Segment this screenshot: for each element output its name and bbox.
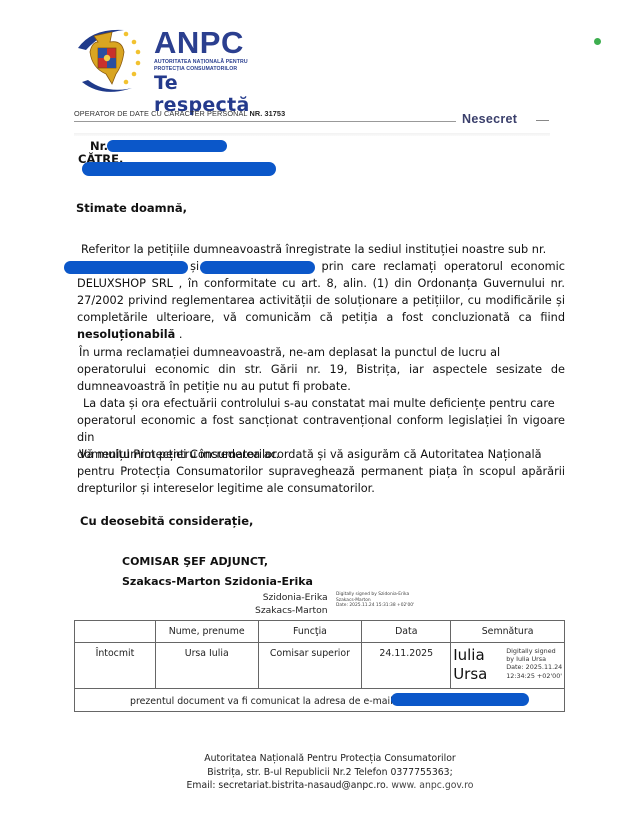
text-line: Date: 2025.11.24 15:31:38 +02'00' bbox=[336, 603, 414, 609]
table-cell-date: 24.11.2025 bbox=[362, 643, 451, 689]
text-line: Vă mulțumim pentru încrederea acordată ș… bbox=[77, 446, 565, 463]
text-line: Digitally signed bbox=[506, 647, 562, 655]
paragraph-thanks: Vă mulțumim pentru încrederea acordată ș… bbox=[77, 446, 565, 497]
redaction-mark bbox=[82, 162, 276, 176]
signature-name: Iulia Ursa bbox=[453, 646, 487, 684]
table-header: Nume, prenume bbox=[155, 621, 258, 643]
table-cell-function: Comisar superior bbox=[258, 643, 362, 689]
text-line: DELUXSHOP SRL , în conformitate cu art. … bbox=[77, 275, 565, 292]
table-header: Funcţia bbox=[258, 621, 362, 643]
footer-address: Bistrița, str. B-ul Republicii Nr.2 Tele… bbox=[160, 766, 500, 780]
text-line: Ursa bbox=[453, 665, 487, 684]
table-header: Semnătura bbox=[451, 621, 565, 643]
footer-email: Email: secretariat.bistrita-nasaud@anpc.… bbox=[187, 780, 389, 791]
romanian-coat-of-arms-icon bbox=[72, 22, 152, 98]
footer-institution: Autoritatea Națională Pentru Protecția C… bbox=[160, 752, 500, 766]
footer-website: www. anpc.gov.ro bbox=[388, 780, 473, 791]
text-segment: prin care reclamați operatorul economic bbox=[322, 258, 565, 275]
operator-line: OPERATOR DE DATE CU CARACTER PERSONAL NR… bbox=[74, 109, 285, 118]
text-line: completările ulterioare, vă comunicăm că… bbox=[77, 309, 565, 326]
text-line: 27/2002 privind reglementarea activități… bbox=[77, 292, 565, 309]
table-header: Data bbox=[362, 621, 451, 643]
text-line: În urma reclamației dumneavoastră, ne-am… bbox=[77, 344, 565, 361]
email-note: prezentul document va fi comunicat la ad… bbox=[130, 696, 393, 707]
text-line: Date: 2025.11.24 bbox=[506, 663, 562, 671]
operator-text: OPERATOR DE DATE CU CARACTER PERSONAL bbox=[74, 109, 247, 118]
operator-number: NR. 31753 bbox=[249, 109, 285, 118]
text-line: drepturilor și intereselor legitime ale … bbox=[77, 480, 565, 497]
table-cell-signature: Iulia Ursa Digitally signed by Iulia Urs… bbox=[451, 643, 565, 689]
text-segment: . bbox=[175, 328, 182, 341]
verdict-bold: nesoluționabilă bbox=[77, 328, 175, 341]
greeting: Stimate doamnă, bbox=[76, 201, 187, 215]
text-line: operatorului economic din str. Gării nr.… bbox=[77, 361, 565, 378]
table-row: Întocmit Ursa Iulia Comisar superior 24.… bbox=[75, 643, 565, 689]
table-footer-cell: prezentul document va fi comunicat la ad… bbox=[75, 689, 565, 712]
text-line: Szakacs-Marton bbox=[255, 605, 328, 618]
text-line: pentru Protecția Consumatorilor supraveg… bbox=[77, 463, 565, 480]
text-line: Referitor la petițiile dumneavoastră înr… bbox=[77, 241, 565, 258]
text-line: Digitally signed by Szidonia-Erika bbox=[336, 592, 414, 598]
text-line: by Iulia Ursa bbox=[506, 655, 562, 663]
table-cell-name: Ursa Iulia bbox=[155, 643, 258, 689]
registration-number-label: Nr. bbox=[90, 139, 108, 153]
text-line: dumneavoastră în petiție nu au putut fi … bbox=[77, 378, 565, 395]
text-line: operatorul economic a fost sancționat co… bbox=[77, 412, 565, 446]
table-footer-row: prezentul document va fi comunicat la ad… bbox=[75, 689, 565, 712]
signatory-name: Szakacs-Marton Szidonia-Erika bbox=[122, 575, 313, 588]
redaction-mark bbox=[200, 261, 315, 274]
text-line: 12:34:25 +02'00' bbox=[506, 672, 562, 680]
table-header bbox=[75, 621, 156, 643]
classification-label: Nesecret bbox=[462, 112, 517, 126]
table-header-row: Nume, prenume Funcţia Data Semnătura bbox=[75, 621, 565, 643]
digital-signature-meta: Digitally signed by Szidonia-Erika Szaka… bbox=[336, 592, 414, 609]
divider bbox=[536, 120, 549, 121]
signatory-title: COMISAR ŞEF ADJUNCT, bbox=[122, 555, 268, 568]
paragraph-inspection: În urma reclamației dumneavoastră, ne-am… bbox=[77, 344, 565, 395]
approval-table: Nume, prenume Funcţia Data Semnătura Înt… bbox=[74, 620, 565, 712]
text-line: La data și ora efectuării controlului s-… bbox=[77, 395, 565, 412]
redaction-mark bbox=[64, 261, 188, 274]
redaction-mark bbox=[107, 140, 227, 152]
digital-signature-name: Szidonia-Erika Szakacs-Marton bbox=[255, 592, 328, 617]
page-footer: Autoritatea Națională Pentru Protecția C… bbox=[160, 752, 500, 793]
redaction-mark bbox=[391, 693, 529, 706]
divider bbox=[74, 121, 456, 122]
table-cell-label: Întocmit bbox=[75, 643, 156, 689]
anpc-logo: ANPC AUTORITATEA NAȚIONALĂ PENTRU PROTEC… bbox=[72, 22, 272, 98]
logo-brand: ANPC bbox=[154, 28, 272, 58]
divider bbox=[74, 133, 550, 136]
signature-meta: Digitally signed by Iulia Ursa Date: 202… bbox=[506, 647, 562, 680]
text-line: Szidonia-Erika bbox=[255, 592, 328, 605]
text-line: Iulia bbox=[453, 646, 487, 665]
closing-salutation: Cu deosebită considerație, bbox=[80, 514, 253, 528]
logo-text: ANPC AUTORITATEA NAȚIONALĂ PENTRU PROTEC… bbox=[154, 28, 272, 116]
logo-subtitle-1: AUTORITATEA NAȚIONALĂ PENTRU bbox=[154, 59, 272, 65]
status-dot-icon bbox=[594, 38, 601, 45]
paragraph-petition: Referitor la petițiile dumneavoastră înr… bbox=[77, 241, 565, 344]
text-line: nesoluționabilă . bbox=[77, 326, 565, 343]
footer-contact: Email: secretariat.bistrita-nasaud@anpc.… bbox=[160, 779, 500, 793]
